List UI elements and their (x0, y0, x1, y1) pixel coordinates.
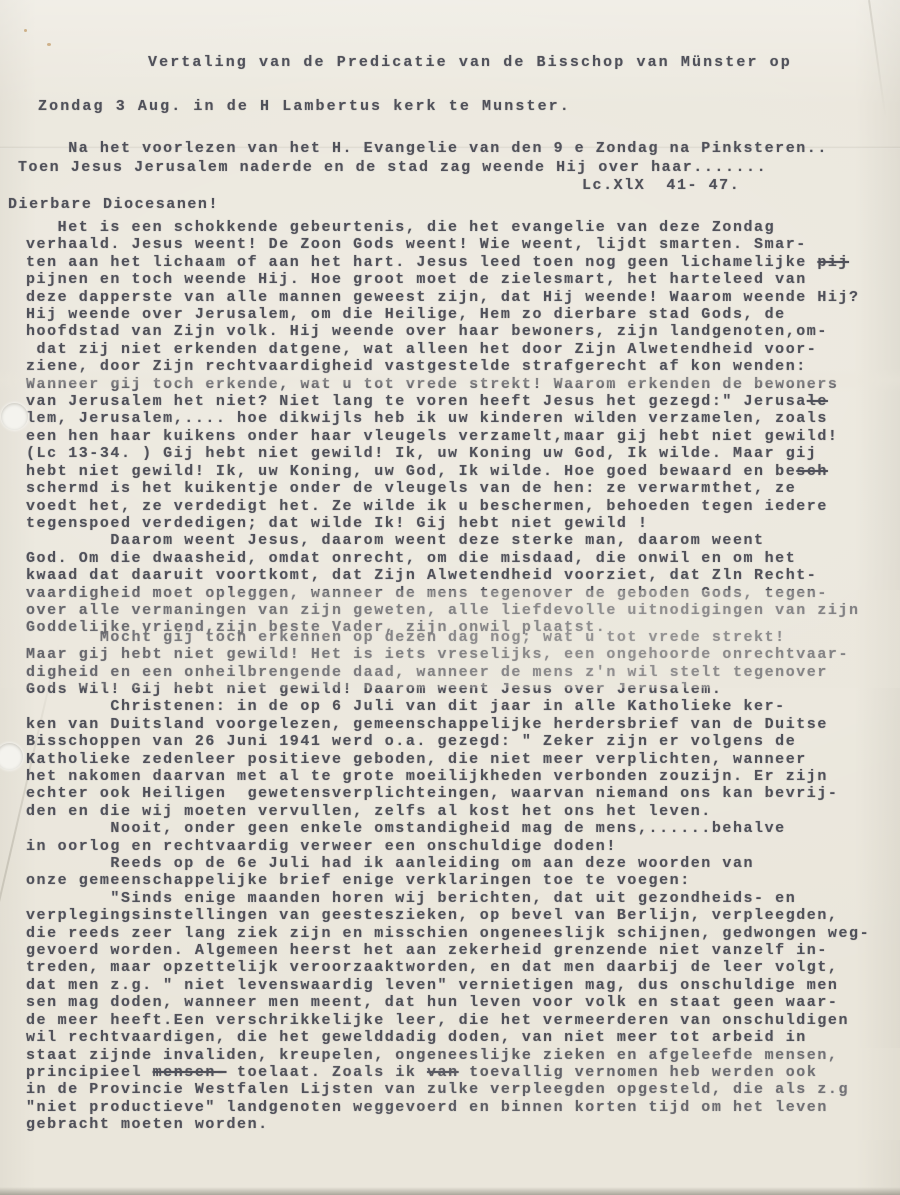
document-body: Het is een schokkende gebeurtenis, die h… (26, 219, 900, 1134)
text-line: Het is een schokkende gebeurtenis, die h… (26, 219, 900, 236)
text-line: gevoerd worden. Algemeen heerst het aan … (26, 942, 900, 959)
text-line: digheid en een onheilbrengende daad, wan… (26, 664, 900, 681)
struck-text: pij (817, 254, 849, 271)
text-line: pijnen en toch weende Hij. Hoe groot moe… (26, 271, 900, 288)
text-line: (Lc 13-34. ) Gij hebt niet gewild! Ik, u… (26, 445, 900, 462)
text-line: schermd is het kuikentje onder de vleuge… (26, 480, 900, 497)
text-line: Mocht gij toch erkennen op dezen dag nog… (26, 629, 900, 646)
text-line: vaardigheid moet opleggen, wanneer de me… (26, 585, 900, 602)
text-line: Bisschoppen van 26 Juni 1941 werd o.a. g… (26, 733, 900, 750)
text-line: hebt niet gewild! Ik, uw Koning, uw God,… (26, 463, 900, 480)
struck-text: le (807, 393, 828, 410)
text-line: sen mag doden, wanneer men meent, dat hu… (26, 994, 900, 1011)
text-line: in de Provincie Westfalen Lijsten van zu… (26, 1081, 900, 1098)
text-line: treden, maar opzettelijk veroorzaaktword… (26, 959, 900, 976)
text-line: die reeds zeer lang ziek zijn en misschi… (26, 925, 900, 942)
text-line: Hij weende over Jerusalem, om die Heilig… (26, 306, 900, 323)
text-line: ten aan het lichaam of aan het hart. Jes… (26, 254, 900, 271)
text-line: "niet productieve" landgenoten weggevoer… (26, 1099, 900, 1116)
struck-text: van (427, 1064, 459, 1081)
text-line: dat zij niet erkenden datgene, wat allee… (26, 341, 900, 358)
intro-line: Toen Jesus Jerusalem naderde en de stad … (18, 159, 900, 178)
text-line: Gods Wil! Gij hebt niet gewild! Daarom w… (26, 681, 900, 698)
document-title-line1: Vertaling van de Predicatie van de Bissc… (148, 54, 900, 72)
text-line: Daarom weent Jesus, daarom weent deze st… (26, 532, 900, 549)
paper-bottom-edge (0, 1187, 900, 1195)
text-line: voedt het, ze verdedigt het. Ze wilde ik… (26, 498, 900, 515)
text-line: lem, Jerusalem,.... hoe dikwijls heb ik … (26, 410, 900, 427)
struck-text: sch (796, 463, 828, 480)
paper-speck (47, 43, 51, 46)
text-line: principieel mensen- toelaat. Zoals ik va… (26, 1064, 900, 1081)
text-line: kwaad dat daaruit voortkomt, dat Zijn Al… (26, 567, 900, 584)
text-line: onze gemeenschappelijke brief enige verk… (26, 872, 900, 889)
text-line: hoofdstad van Zijn volk. Hij weende over… (26, 323, 900, 340)
punch-hole-top (1, 403, 28, 430)
text-line: een hen haar kuikens onder haar vleugels… (26, 428, 900, 445)
text-line: de meer heeft.Een verschrikkelijke leer,… (26, 1012, 900, 1029)
text-line: wil rechtvaardigen, die het gewelddadig … (26, 1029, 900, 1046)
document-title-line2: Zondag 3 Aug. in de H Lambertus kerk te … (38, 98, 900, 116)
text-line: het nakomen daarvan met al te grote moei… (26, 768, 900, 785)
text-line: "Sinds enige maanden horen wij berichten… (26, 890, 900, 907)
text-line: Reeds op de 6e Juli had ik aanleiding om… (26, 855, 900, 872)
text-line: staat zijnde invaliden, kreupelen, ongen… (26, 1047, 900, 1064)
text-line: Katholieke zedenleer positieve geboden, … (26, 751, 900, 768)
text-line: echter ook Heiligen gewetensverplichtein… (26, 785, 900, 802)
text-line: verplegingsinstellingen van geesteszieke… (26, 907, 900, 924)
scripture-reference: Lc.XlX 41- 47. (582, 177, 900, 196)
text-line: Maar gij hebt niet gewild! Het is iets v… (26, 646, 900, 663)
struck-text: mensen- (153, 1064, 227, 1081)
text-line: van Jerusalem het niet? Niet lang te vor… (26, 393, 900, 410)
paper-speck (24, 29, 27, 32)
text-line: verhaald. Jesus weent! De Zoon Gods ween… (26, 236, 900, 253)
text-line: gebracht moeten worden. (26, 1116, 900, 1133)
typewritten-content: Vertaling van de Predicatie van de Bissc… (0, 0, 900, 1134)
text-line: deze dapperste van alle mannen geweest z… (26, 289, 900, 306)
text-line: tegenspoed verdedigen; dat wilde Ik! Gij… (26, 515, 900, 532)
text-line: dat men z.g. " niet levenswaardig leven"… (26, 977, 900, 994)
text-line: in oorlog en rechtvaardig verweer een on… (26, 838, 900, 855)
text-line: Nooit, onder geen enkele omstandigheid m… (26, 820, 900, 837)
text-line: God. Om die dwaasheid, omdat onrecht, om… (26, 550, 900, 567)
text-line: ziene, door Zijn rechtvaardigheid vastge… (26, 358, 900, 375)
document-intro: Na het voorlezen van het H. Evangelie va… (26, 140, 900, 214)
document-page: Vertaling van de Predicatie van de Bissc… (0, 0, 900, 1195)
salutation: Dierbare Diocesanen! (8, 196, 900, 215)
text-line: Christenen: in de op 6 Juli van dit jaar… (26, 698, 900, 715)
text-line: over alle vermaningen van zijn geweten, … (26, 602, 900, 619)
intro-line: Na het voorlezen van het H. Evangelie va… (26, 140, 900, 159)
text-line: Wanneer gij toch erkende, wat u tot vred… (26, 376, 900, 393)
text-line: ken van Duitsland voorgelezen, gemeensch… (26, 716, 900, 733)
text-line: den en die wij moeten vervullen, zelfs a… (26, 803, 900, 820)
